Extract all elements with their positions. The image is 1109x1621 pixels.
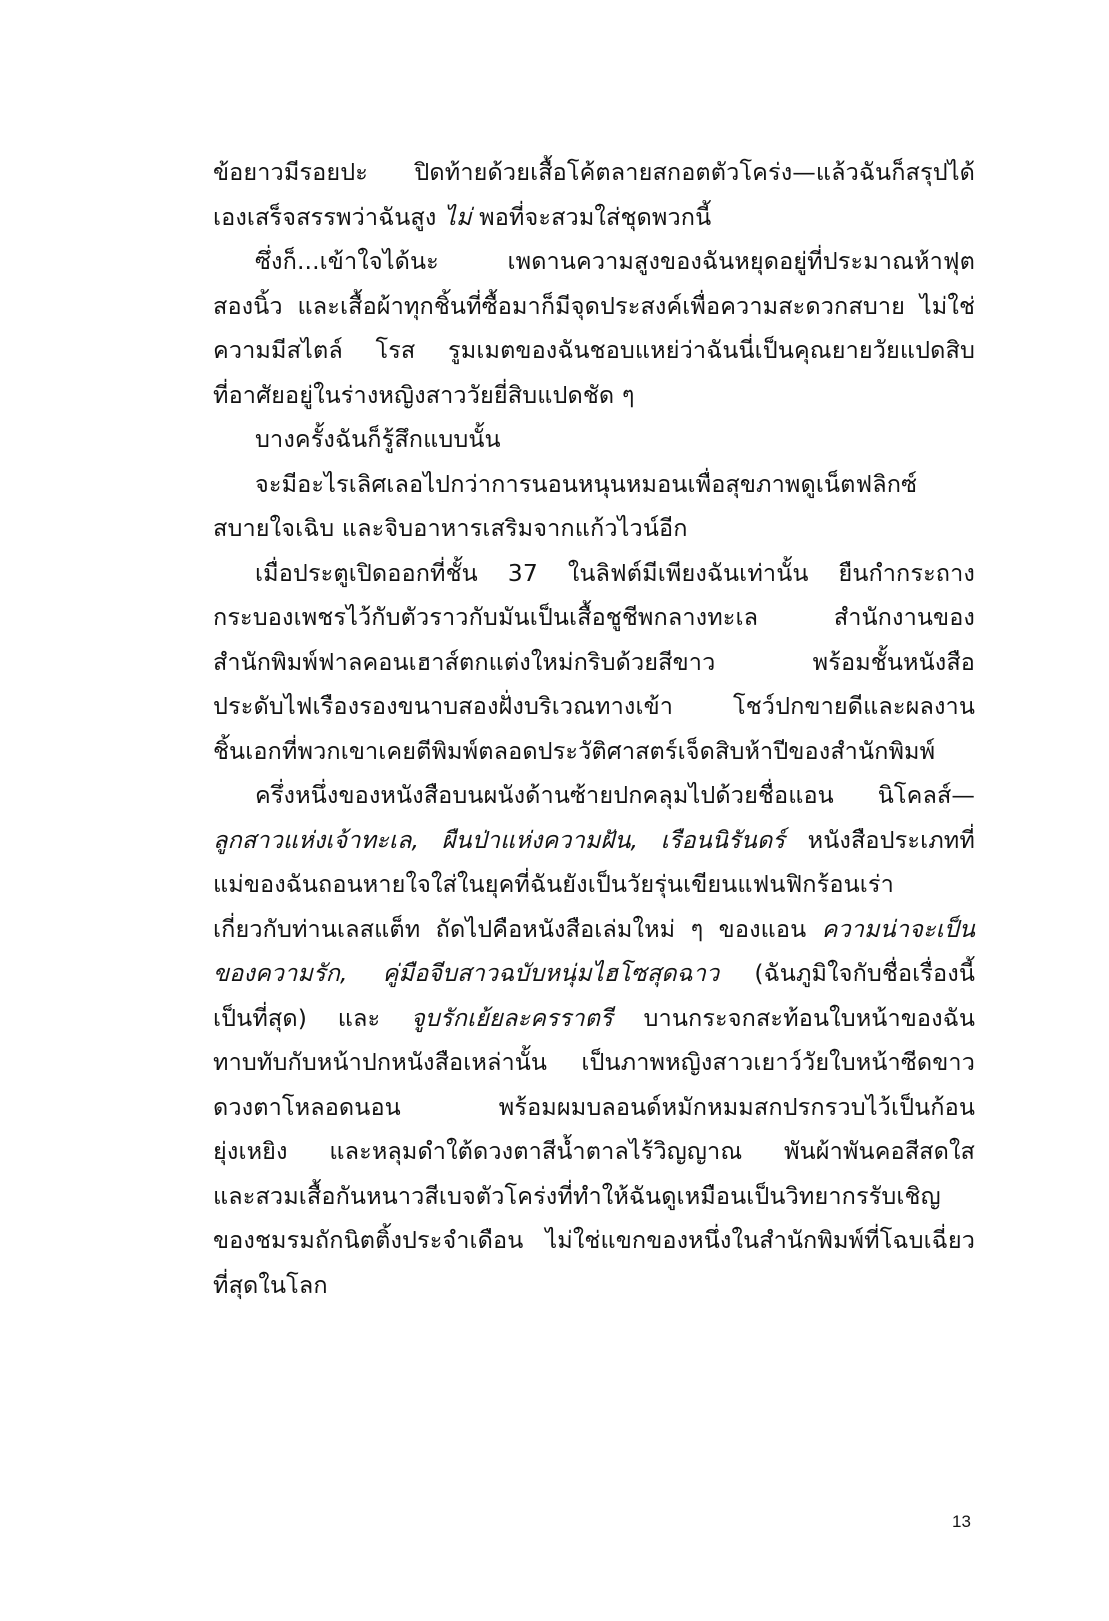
text-run: บางครั้งฉันก็รู้สึกแบบนั้น [255, 425, 501, 453]
text-line: ซึ่งก็...เข้าใจได้นะ เพดานความสูงของฉันห… [213, 239, 975, 284]
text-line: สองนิ้ว และเสื้อผ้าทุกชิ้นที่ซื้อมาก็มีจ… [213, 284, 975, 329]
text-run: (ฉันภูมิใจกับชื่อเรื่องนี้ [719, 959, 975, 987]
text-line: ประดับไฟเรืองรองขนาบสองฝั่งบริเวณทางเข้า… [213, 684, 975, 729]
text-run: เกี่ยวกับท่านเลสแต็ท ถัดไปคือหนังสือเล่ม… [213, 915, 822, 943]
text-run: ความมีสไตล์ โรส รูมเมตของฉันชอบแหย่ว่าฉั… [213, 336, 975, 364]
text-run: หนังสือประเภทที่ [785, 826, 975, 854]
text-line: ที่อาศัยอยู่ในร่างหญิงสาววัยยี่สิบแปดชัด… [213, 373, 975, 418]
body-text: ข้อยาวมีรอยปะ ปิดท้ายด้วยเสื้อโค้ตลายสกอ… [213, 150, 975, 1307]
text-line: ชิ้นเอกที่พวกเขาเคยตีพิมพ์ตลอดประวัติศาส… [213, 729, 975, 774]
text-run: ที่อาศัยอยู่ในร่างหญิงสาววัยยี่สิบแปดชัด… [213, 381, 635, 409]
text-run: ของชมรมถักนิตติ้งประจำเดือน ไม่ใช่แขกของ… [213, 1226, 975, 1254]
text-line: บางครั้งฉันก็รู้สึกแบบนั้น [213, 417, 975, 462]
text-run: ครึ่งหนึ่งของหนังสือบนผนังด้านซ้ายปกคลุม… [255, 781, 975, 809]
book-titles-italic: ลูกสาวแห่งเจ้าทะเล, ผืนป่าแห่งความฝัน, เ… [213, 826, 785, 854]
text-run: และสวมเสื้อกันหนาวสีเบจตัวโคร่งที่ทำให้ฉ… [213, 1182, 941, 1210]
text-run: แม่ของฉันถอนหายใจใส่ในยุคที่ฉันยังเป็นวั… [213, 870, 894, 898]
text-run: ที่สุดในโลก [213, 1271, 328, 1299]
text-line: เมื่อประตูเปิดออกที่ชั้น 37 ในลิฟต์มีเพี… [213, 551, 975, 596]
book-title-italic: ความน่าจะเป็น [822, 915, 975, 943]
text-line: ทาบทับกับหน้าปกหนังสือเหล่านั้น เป็นภาพห… [213, 1040, 975, 1085]
book-title-italic: จูบรักเย้ยละครราตรี [411, 1004, 613, 1032]
text-line: เกี่ยวกับท่านเลสแต็ท ถัดไปคือหนังสือเล่ม… [213, 907, 975, 952]
text-run: จะมีอะไรเลิศเลอไปกว่าการนอนหนุนหมอนเพื่อ… [255, 470, 917, 498]
text-line: สบายใจเฉิบ และจิบอาหารเสริมจากแก้วไวน์อี… [213, 506, 975, 551]
text-run: เมื่อประตูเปิดออกที่ชั้น 37 ในลิฟต์มีเพี… [255, 559, 975, 587]
book-titles-italic: ของความรัก, คู่มือจีบสาวฉบับหนุ่มไฮโซสุด… [213, 959, 719, 987]
text-line: ของความรัก, คู่มือจีบสาวฉบับหนุ่มไฮโซสุด… [213, 951, 975, 996]
text-line: สำนักพิมพ์ฟาลคอนเฮาส์ตกแต่งใหม่กริบด้วยส… [213, 640, 975, 685]
text-line: เองเสร็จสรรพว่าฉันสูง ไม่ พอที่จะสวมใส่ช… [213, 195, 975, 240]
text-run: ซึ่งก็...เข้าใจได้นะ เพดานความสูงของฉันห… [255, 247, 975, 275]
text-line: เป็นที่สุด) และ จูบรักเย้ยละครราตรี บานก… [213, 996, 975, 1041]
text-line: แม่ของฉันถอนหายใจใส่ในยุคที่ฉันยังเป็นวั… [213, 862, 975, 907]
text-run: บานกระจกสะท้อนใบหน้าของฉัน [613, 1004, 975, 1032]
page-number: 13 [952, 1512, 971, 1532]
text-line: ของชมรมถักนิตติ้งประจำเดือน ไม่ใช่แขกของ… [213, 1218, 975, 1263]
text-run: ยุ่งเหยิง และหลุมดำใต้ดวงตาสีน้ำตาลไร้วิ… [213, 1137, 975, 1165]
text-run: ชิ้นเอกที่พวกเขาเคยตีพิมพ์ตลอดประวัติศาส… [213, 737, 935, 765]
text-line: กระบองเพชรไว้กับตัวราวกับมันเป็นเสื้อชูช… [213, 595, 975, 640]
text-line: ที่สุดในโลก [213, 1263, 975, 1308]
text-run: ข้อยาวมีรอยปะ ปิดท้ายด้วยเสื้อโค้ตลายสกอ… [213, 158, 975, 186]
text-run: สำนักพิมพ์ฟาลคอนเฮาส์ตกแต่งใหม่กริบด้วยส… [213, 648, 975, 676]
emphasis-text: ไม่ [444, 203, 472, 231]
text-run: สองนิ้ว และเสื้อผ้าทุกชิ้นที่ซื้อมาก็มีจ… [213, 292, 975, 320]
text-run: ทาบทับกับหน้าปกหนังสือเหล่านั้น เป็นภาพห… [213, 1048, 975, 1076]
text-run: กระบองเพชรไว้กับตัวราวกับมันเป็นเสื้อชูช… [213, 603, 975, 631]
text-line: ความมีสไตล์ โรส รูมเมตของฉันชอบแหย่ว่าฉั… [213, 328, 975, 373]
text-run: สบายใจเฉิบ และจิบอาหารเสริมจากแก้วไวน์อี… [213, 514, 688, 542]
text-line: ยุ่งเหยิง และหลุมดำใต้ดวงตาสีน้ำตาลไร้วิ… [213, 1129, 975, 1174]
text-run: ดวงตาโหลอดนอน พร้อมผมบลอนด์หมักหมมสกปรกร… [213, 1093, 975, 1121]
text-line: และสวมเสื้อกันหนาวสีเบจตัวโคร่งที่ทำให้ฉ… [213, 1174, 975, 1219]
text-line: ลูกสาวแห่งเจ้าทะเล, ผืนป่าแห่งความฝัน, เ… [213, 818, 975, 863]
text-run: พอที่จะสวมใส่ชุดพวกนี้ [472, 203, 712, 231]
text-run: ประดับไฟเรืองรองขนาบสองฝั่งบริเวณทางเข้า… [213, 692, 975, 720]
text-line: ดวงตาโหลอดนอน พร้อมผมบลอนด์หมักหมมสกปรกร… [213, 1085, 975, 1130]
text-line: จะมีอะไรเลิศเลอไปกว่าการนอนหนุนหมอนเพื่อ… [213, 462, 975, 507]
text-line: ข้อยาวมีรอยปะ ปิดท้ายด้วยเสื้อโค้ตลายสกอ… [213, 150, 975, 195]
text-run: เองเสร็จสรรพว่าฉันสูง [213, 203, 444, 231]
book-page: ข้อยาวมีรอยปะ ปิดท้ายด้วยเสื้อโค้ตลายสกอ… [0, 0, 1109, 1621]
text-run: เป็นที่สุด) และ [213, 1004, 411, 1032]
text-line: ครึ่งหนึ่งของหนังสือบนผนังด้านซ้ายปกคลุม… [213, 773, 975, 818]
